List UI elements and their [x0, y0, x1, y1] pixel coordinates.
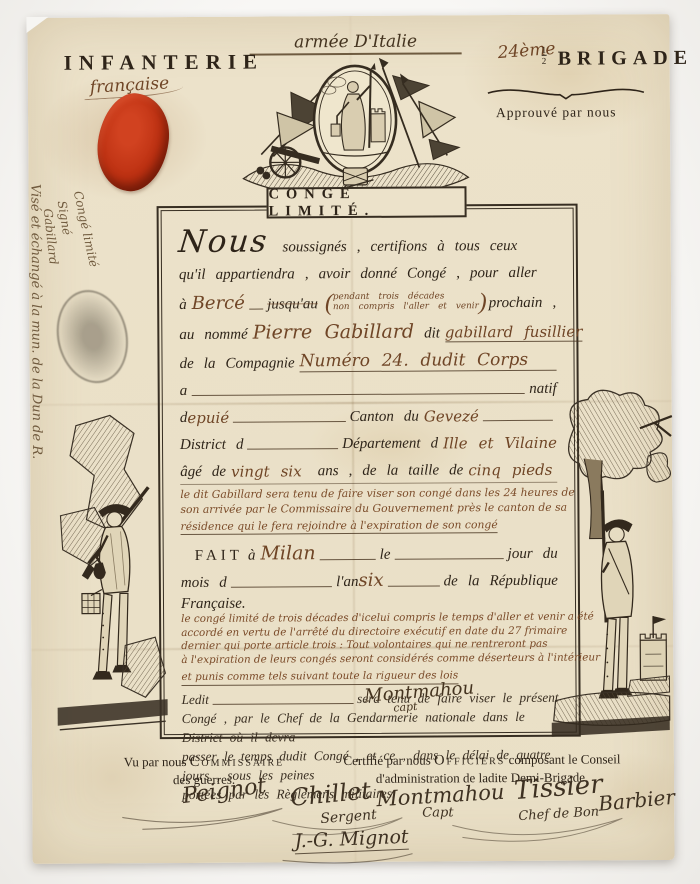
fait-place-handwritten: Milan [260, 542, 315, 564]
margin-note-2-handwritten: Signé [55, 200, 74, 236]
blank-line [231, 586, 332, 588]
mois-label: mois d [181, 575, 227, 592]
body-line-4: au nommé Pierre Gabillard dit gabillard … [179, 312, 556, 344]
age-handwritten: vingt six [231, 462, 302, 480]
form-inner-border: Nous soussignés , certifions à tous ceux… [161, 208, 577, 736]
ledit-label: Ledit [182, 690, 209, 709]
line1-text: soussignés , certifions à tous ceux [282, 238, 517, 256]
departement-handwritten: Ille et Vilaine [443, 434, 557, 453]
body-line-6: a natif [180, 371, 557, 400]
clause1-line2: son arrivée par le Commissaire du Gouver… [180, 500, 557, 517]
nous-word: Nous [177, 226, 270, 257]
margin-note-1-handwritten: Congé limité [71, 190, 101, 269]
line7-d: d [180, 410, 188, 427]
vu-par-nous: Vu par nous [124, 754, 187, 769]
fait-a: à [248, 548, 256, 565]
approuve-par-nous-label: Approuvé par nous [496, 104, 617, 121]
officiers-label: Officiers [434, 752, 505, 768]
brigade-number-handwritten: 24ème [497, 39, 556, 63]
compagnie-label: de la Compagnie [179, 355, 294, 373]
blank-line [483, 420, 553, 421]
conge-limite-title: CONGÉ LIMITÉ. [268, 185, 464, 220]
margin-note-long-handwritten: Visé et échangé à la mun. de la Dun de R… [27, 184, 45, 656]
district-label: District d [180, 437, 243, 454]
lan-label: l'an [336, 574, 358, 591]
republique-label: de la République [444, 573, 558, 591]
photo-background: armée D'Italie INFANTERIE française 24èm… [0, 0, 700, 884]
blank-line [320, 559, 376, 560]
line6-a: a [180, 383, 188, 400]
handwritten-clause-1: le dit Gabillard sera tenu de faire vise… [180, 482, 557, 535]
composant-le-conseil: composant le Conseil [509, 751, 621, 767]
signature-montmahou-title: Capt [422, 805, 453, 820]
clause2-line4: à l'expiration de leurs congés seront co… [181, 652, 558, 668]
canton-handwritten: Gevezé [424, 407, 479, 425]
body-line-3: à Bercé jusqu'au ( pendant trois décades… [179, 282, 556, 314]
fait-line: FAIT à Milan le jour du [181, 533, 558, 565]
age-label: âgé de [180, 464, 226, 481]
left-soldier-engraving [54, 413, 171, 744]
signature-mignot: J.-G. Mignot [294, 826, 409, 855]
right-soldier-engraving [544, 386, 676, 752]
body-line-5: de la Compagnie Numéro 24. dudit Corps [179, 342, 556, 373]
blank-line [213, 703, 353, 705]
conge-limite-title-box: CONGÉ LIMITÉ. [266, 186, 466, 218]
duration-line-2: non compris l'aller et venir [333, 302, 479, 312]
dit-label: dit [424, 325, 440, 342]
form-border-box: Nous soussignés , certifions à tous ceux… [157, 204, 581, 740]
alias-handwritten: gabillard fusillier [445, 323, 583, 343]
army-name-handwritten: armée D'Italie [250, 31, 462, 55]
mois-line: mois d l'an six de la République [181, 563, 558, 592]
compagnie-handwritten: Numéro 24. dudit Corps [300, 350, 557, 373]
an-handwritten: six [358, 570, 383, 591]
soldier-name-handwritten: Pierre Gabillard [253, 321, 414, 344]
blank-line [249, 309, 263, 310]
blank-line [247, 448, 338, 450]
duration-insert: pendant trois décades non compris l'alle… [333, 293, 479, 313]
body-line-9: âgé de vingt six ans , de la taille de c… [180, 452, 557, 481]
taille-label: ans , de la taille de [318, 462, 464, 480]
blank-line [394, 558, 503, 560]
clause1-line3: résidence qui le fera rejoindre à l'expi… [180, 517, 497, 535]
paren-open: ( [325, 293, 333, 313]
blank-line [233, 421, 345, 423]
duration-insert-group: ( pendant trois décades non compris l'al… [325, 292, 487, 313]
destination-handwritten: Bercé [192, 293, 245, 314]
body-line-8: District d Département d Ille et Vilaine [180, 425, 557, 454]
paren-close: ) [479, 292, 487, 312]
tower-with-flag [627, 616, 669, 696]
ink-stamp-oval [48, 283, 136, 390]
liberty-medallion [314, 63, 397, 174]
departement-label: Département d [342, 435, 438, 453]
line3-prochain: prochain , [489, 295, 557, 312]
brace-rule [486, 84, 646, 101]
handwritten-clause-2: le congé limité de trois décades d'icelu… [181, 611, 558, 686]
body-line-1: Nous soussignés , certifions à tous ceux [179, 217, 556, 257]
fraction-denominator: 2 [542, 55, 547, 66]
brigade-title: BRIGADE [558, 47, 693, 71]
francaise-line: Française. [181, 590, 558, 613]
fait-label: FAIT [195, 548, 243, 565]
red-wax-seal [92, 89, 174, 195]
paper-torn-corner [26, 17, 48, 33]
line3-jusquau: jusqu'au [267, 296, 318, 313]
line3-a: à [179, 297, 187, 314]
taille-handwritten: cinq pieds [468, 461, 552, 480]
au-nomme-label: au nommé [179, 327, 247, 344]
document-paper: armée D'Italie INFANTERIE française 24èm… [27, 14, 674, 864]
line2-text: qu'il appartiendra , avoir donné Congé ,… [179, 265, 537, 284]
body-line-7: d epuié Canton du Gevezé [180, 398, 557, 427]
certifie-par-nous: Certifié par nous [343, 753, 430, 769]
blank-line [388, 585, 440, 586]
half-fraction: 1 2 [542, 46, 547, 66]
francaise-label: Française. [181, 596, 246, 613]
blank-line [191, 393, 525, 396]
fraction-numerator: 1 [542, 46, 547, 55]
canton-label: Canton du [350, 409, 419, 426]
commune-handwritten: epuié [187, 409, 229, 427]
le-label: le [380, 547, 391, 564]
